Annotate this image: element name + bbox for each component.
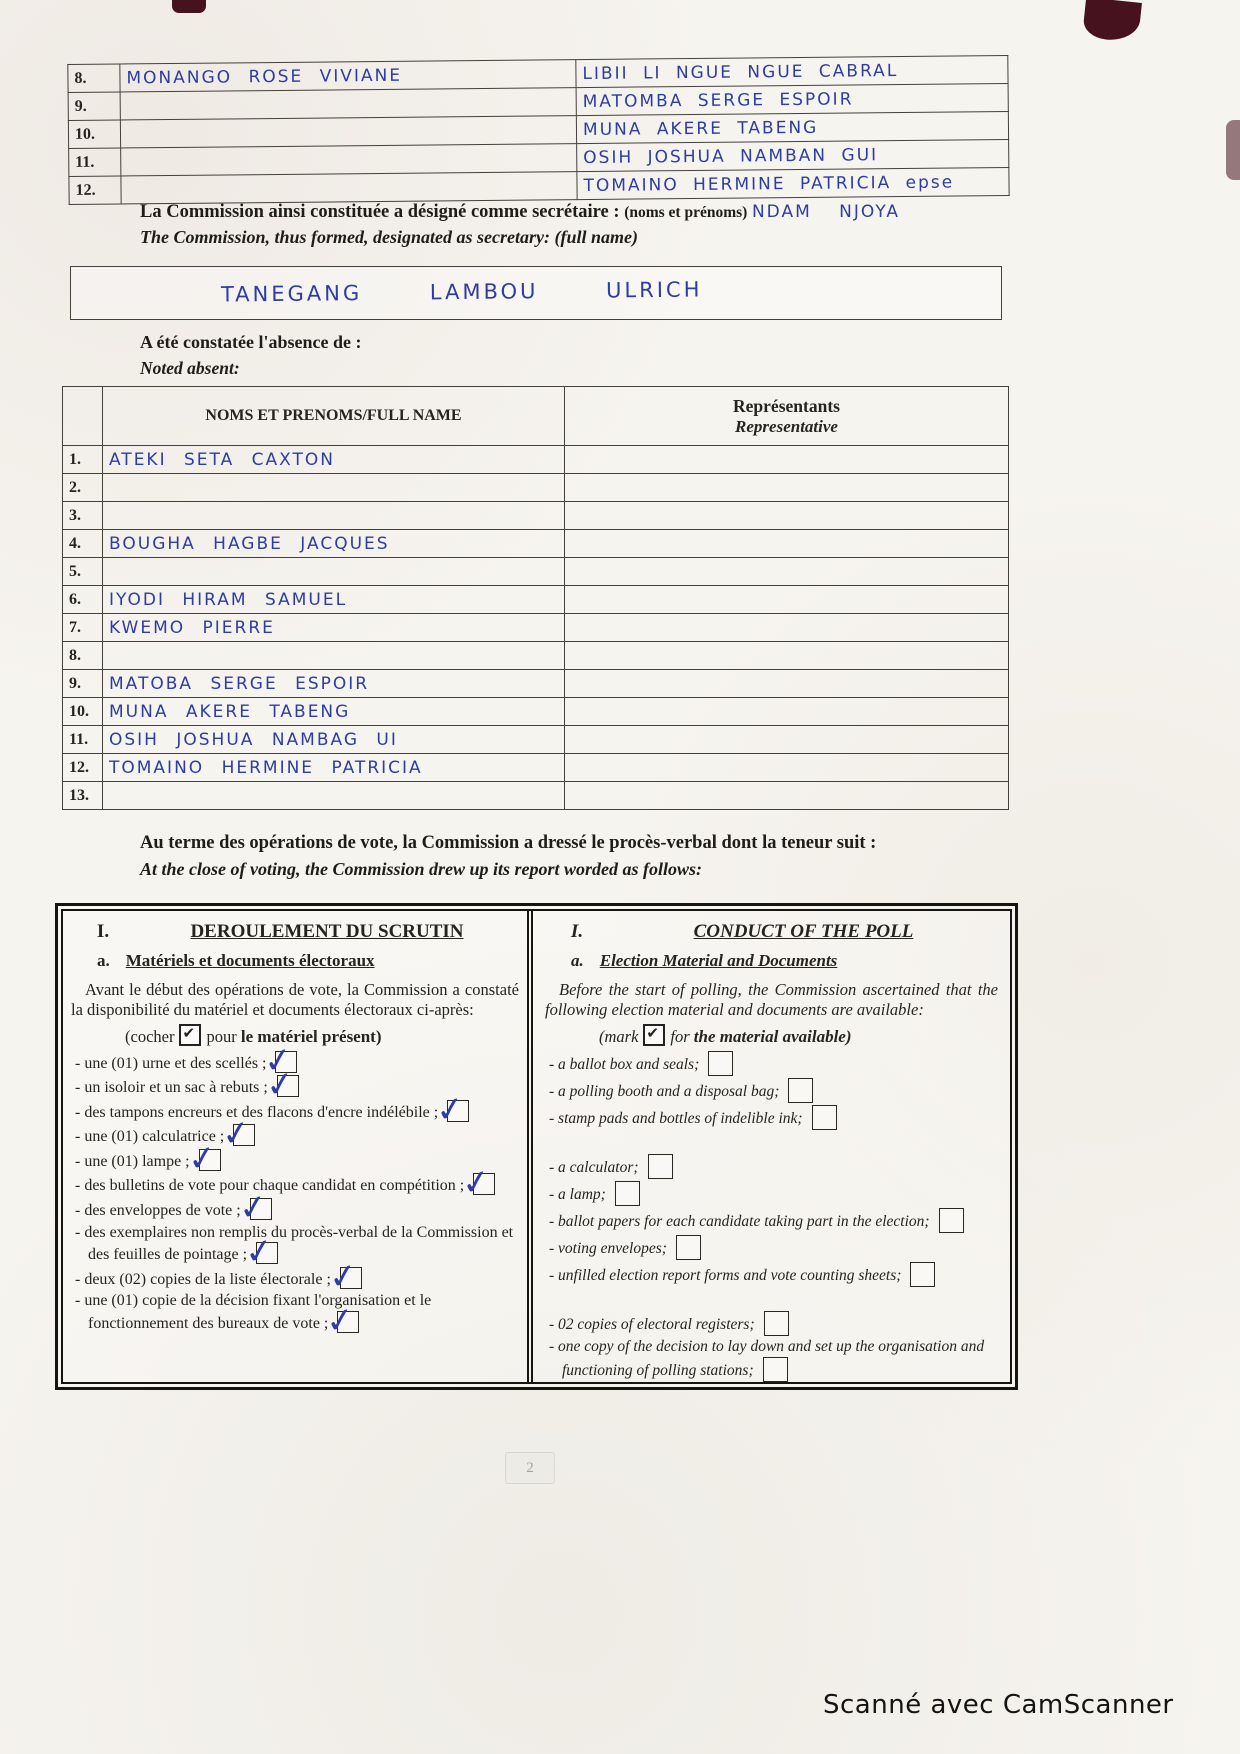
pen-check-icon <box>337 1311 359 1333</box>
table-row: 7.KWEMO PIERRE <box>63 614 1009 642</box>
pen-check-icon <box>233 1124 255 1146</box>
poll-fr-mark-mid: pour <box>206 1027 240 1046</box>
table-row: 5. <box>63 558 1009 586</box>
table-row: 8. <box>63 642 1009 670</box>
handwritten-name: IYODI HIRAM SAMUEL <box>109 590 347 610</box>
checklist-item: - des enveloppes de vote ; <box>75 1198 519 1221</box>
row-number-cell: 12. <box>63 754 103 782</box>
poll-en-mark-line: (markfor the material available) <box>599 1024 998 1047</box>
scan-edge-mark <box>1226 120 1240 180</box>
poll-en-mark-pre: (mark <box>599 1027 638 1046</box>
poll-en-title: CONDUCT OF THE POLL <box>609 921 998 943</box>
representative-cell <box>565 726 1009 754</box>
checklist-item: - a ballot box and seals; <box>549 1051 998 1076</box>
row-number-cell: 10. <box>68 120 120 148</box>
committee-members-table: 8.MONANGO ROSE VIVIANELIBII LI NGUE NGUE… <box>67 55 1009 205</box>
absent-members-table: NOMS ET PRENOMS/FULL NAME Représentants … <box>62 386 1009 810</box>
poll-fr-heading: I. DEROULEMENT DU SCRUTIN <box>71 921 519 943</box>
handwritten-name: MUNA AKERE TABENG <box>583 117 819 139</box>
poll-report-box-inner: I. DEROULEMENT DU SCRUTIN a.Matériels et… <box>61 909 1012 1384</box>
row-number-cell: 11. <box>69 148 121 176</box>
secretary-name-handwritten-inline: NDAM NJOYA <box>752 202 900 222</box>
absent-header-name: NOMS ET PRENOMS/FULL NAME <box>103 387 565 446</box>
pen-check-icon <box>277 1075 299 1097</box>
absent-name-cell: BOUGHA HAGBE JACQUES <box>103 530 565 558</box>
table-row: 12.TOMAINO HERMINE PATRICIA <box>63 754 1009 782</box>
representative-cell <box>565 670 1009 698</box>
empty-checkbox-icon <box>615 1181 640 1206</box>
row-number-cell: 1. <box>63 446 103 474</box>
pen-check-icon <box>340 1267 362 1289</box>
poll-column-fr: I. DEROULEMENT DU SCRUTIN a.Matériels et… <box>63 911 529 1382</box>
checklist-item: - une (01) copie de la décision fixant l… <box>75 1291 519 1333</box>
row-number-cell: 6. <box>63 586 103 614</box>
checklist-item: - one copy of the decision to lay down a… <box>549 1338 998 1382</box>
empty-checkbox-icon <box>648 1154 673 1179</box>
absent-name-cell: ATEKI SETA CAXTON <box>103 446 565 474</box>
checklist-item: - 02 copies of electoral registers; <box>549 1311 998 1336</box>
absent-name-cell: MATOBA SERGE ESPOIR <box>103 670 565 698</box>
table-row: 9.MATOBA SERGE ESPOIR <box>63 670 1009 698</box>
table-row: 10.MUNA AKERE TABENG <box>63 698 1009 726</box>
representative-name-cell: MATOMBA SERGE ESPOIR <box>576 83 1008 115</box>
table-row: 4.BOUGHA HAGBE JACQUES <box>63 530 1009 558</box>
checklist-item: - unfilled election report forms and vot… <box>549 1262 998 1287</box>
checklist-item: - des exemplaires non remplis du procès-… <box>75 1223 519 1265</box>
handwritten-name: ATEKI SETA CAXTON <box>109 450 335 470</box>
table-row: 11.OSIH JOSHUA NAMBAG UI <box>63 726 1009 754</box>
representative-cell <box>565 474 1009 502</box>
pen-check-icon <box>199 1149 221 1171</box>
row-number-cell: 11. <box>63 726 103 754</box>
checkbox-checked-icon <box>179 1024 201 1046</box>
poll-fr-intro: Avant le début des opérations de vote, l… <box>71 980 519 1021</box>
checklist-item: - une (01) urne et des scellés ; <box>75 1051 519 1074</box>
closing-line-en: At the close of voting, the Commission d… <box>140 859 1100 880</box>
representative-cell <box>565 698 1009 726</box>
poll-en-checklist: - a ballot box and seals;- a polling boo… <box>545 1051 998 1382</box>
poll-fr-title: DEROULEMENT DU SCRUTIN <box>135 921 519 943</box>
scanned-document-page: 8.MONANGO ROSE VIVIANELIBII LI NGUE NGUE… <box>0 0 1240 1754</box>
member-name-cell: MONANGO ROSE VIVIANE <box>120 60 576 92</box>
checkbox-checked-icon <box>643 1024 665 1046</box>
scan-edge-mark <box>1082 0 1142 43</box>
poll-en-mark-bold: the material available) <box>694 1027 852 1046</box>
poll-en-mark-mid: for <box>670 1027 693 1046</box>
representative-cell <box>565 446 1009 474</box>
poll-column-en: I. CONDUCT OF THE POLL a.Election Materi… <box>531 911 1010 1382</box>
absent-table-header-row: NOMS ET PRENOMS/FULL NAME Représentants … <box>63 387 1009 446</box>
handwritten-name: TOMAINO HERMINE PATRICIA epse <box>583 172 954 196</box>
secretary-line-fr: La Commission ainsi constituée a désigné… <box>140 202 1150 223</box>
poll-fr-mark-pre: (cocher <box>125 1027 174 1046</box>
checklist-item: - stamp pads and bottles of indelible in… <box>549 1105 998 1130</box>
row-number-cell: 3. <box>63 502 103 530</box>
absent-header-num-cell <box>63 387 103 446</box>
representative-cell <box>565 530 1009 558</box>
empty-checkbox-icon <box>910 1262 935 1287</box>
row-number-cell: 7. <box>63 614 103 642</box>
absent-name-cell: KWEMO PIERRE <box>103 614 565 642</box>
row-number-cell: 2. <box>63 474 103 502</box>
poll-en-subheading: a.Election Material and Documents <box>571 951 998 971</box>
poll-fr-subheading: a.Matériels et documents électoraux <box>97 951 519 971</box>
representative-cell <box>565 614 1009 642</box>
absent-name-cell: IYODI HIRAM SAMUEL <box>103 586 565 614</box>
absent-header-rep: Représentants Representative <box>565 387 1009 446</box>
checklist-item: - a polling booth and a disposal bag; <box>549 1078 998 1103</box>
pen-check-icon <box>256 1242 278 1264</box>
member-name-cell <box>120 88 576 120</box>
representative-name-cell: TOMAINO HERMINE PATRICIA epse <box>577 167 1009 199</box>
absent-name-cell <box>103 474 565 502</box>
checklist-item: - voting envelopes; <box>549 1235 998 1260</box>
poll-fr-numeral: I. <box>71 921 135 943</box>
row-number-cell: 13. <box>63 782 103 810</box>
checklist-item: - deux (02) copies de la liste électoral… <box>75 1267 519 1290</box>
empty-checkbox-icon <box>763 1357 788 1382</box>
absent-label-en: Noted absent: <box>140 358 240 379</box>
checklist-item: - a calculator; <box>549 1154 998 1179</box>
secretary-line-fr-paren: (noms et prénoms) <box>624 204 747 221</box>
row-number-cell: 8. <box>63 642 103 670</box>
row-number-cell: 12. <box>69 176 121 204</box>
representative-cell <box>565 642 1009 670</box>
secretary-line-en: The Commission, thus formed, designated … <box>140 227 1150 248</box>
representative-cell <box>565 754 1009 782</box>
member-name-cell <box>120 116 576 148</box>
representative-name-cell: LIBII LI NGUE NGUE CABRAL <box>576 55 1008 87</box>
empty-checkbox-icon <box>939 1208 964 1233</box>
handwritten-name: LIBII LI NGUE NGUE CABRAL <box>582 61 898 84</box>
handwritten-name: MATOMBA SERGE ESPOIR <box>583 89 854 112</box>
row-number-cell: 9. <box>68 92 120 120</box>
poll-en-subtitle: Election Material and Documents <box>600 951 838 970</box>
pen-check-icon <box>473 1173 495 1195</box>
empty-checkbox-icon <box>708 1051 733 1076</box>
checklist-item: - des bulletins de vote pour chaque cand… <box>75 1173 519 1196</box>
scan-edge-mark <box>172 0 206 13</box>
absent-name-cell <box>103 502 565 530</box>
table-row: 3. <box>63 502 1009 530</box>
absent-name-cell <box>103 642 565 670</box>
pen-check-icon <box>250 1198 272 1220</box>
poll-fr-mark-line: (cocherpour le matériel présent) <box>125 1024 519 1047</box>
page-number-box: 2 <box>505 1452 555 1484</box>
row-number-cell: 9. <box>63 670 103 698</box>
absent-name-cell <box>103 782 565 810</box>
member-name-cell <box>121 144 577 176</box>
absent-table-body: 1.ATEKI SETA CAXTON2.3.4.BOUGHA HAGBE JA… <box>63 446 1009 810</box>
poll-en-sub-letter: a. <box>571 951 584 970</box>
row-number-cell: 4. <box>63 530 103 558</box>
absent-name-cell <box>103 558 565 586</box>
committee-table-body: 8.MONANGO ROSE VIVIANELIBII LI NGUE NGUE… <box>68 55 1009 204</box>
secretary-name-box: TANEGANG LAMBOU ULRICH <box>70 266 1002 320</box>
absent-name-cell: TOMAINO HERMINE PATRICIA <box>103 754 565 782</box>
handwritten-name: BOUGHA HAGBE JACQUES <box>109 534 390 554</box>
empty-checkbox-icon <box>812 1105 837 1130</box>
checklist-item: - ballot papers for each candidate takin… <box>549 1208 998 1233</box>
handwritten-name: MONANGO ROSE VIVIANE <box>126 65 402 88</box>
absent-header-rep-en: Representative <box>571 417 1002 437</box>
poll-en-intro: Before the start of polling, the Commiss… <box>545 980 998 1021</box>
representative-name-cell: MUNA AKERE TABENG <box>576 111 1008 143</box>
representative-cell <box>565 782 1009 810</box>
table-row: 6.IYODI HIRAM SAMUEL <box>63 586 1009 614</box>
table-row: 1.ATEKI SETA CAXTON <box>63 446 1009 474</box>
handwritten-name: MUNA AKERE TABENG <box>109 702 350 722</box>
poll-fr-sub-letter: a. <box>97 951 110 970</box>
empty-checkbox-icon <box>676 1235 701 1260</box>
closing-paragraph: Au terme des opérations de vote, la Comm… <box>140 833 1100 880</box>
absent-header-rep-fr: Représentants <box>571 396 1002 417</box>
table-row: 2. <box>63 474 1009 502</box>
poll-fr-subtitle: Matériels et documents électoraux <box>126 951 375 970</box>
row-number-cell: 8. <box>68 64 120 92</box>
secretary-name-box-value: TANEGANG LAMBOU ULRICH <box>221 277 703 306</box>
poll-en-heading: I. CONDUCT OF THE POLL <box>545 921 998 943</box>
table-row: 13. <box>63 782 1009 810</box>
row-number-cell: 5. <box>63 558 103 586</box>
secretary-paragraph: La Commission ainsi constituée a désigné… <box>140 202 1150 248</box>
poll-fr-checklist: - une (01) urne et des scellés ;- un iso… <box>71 1051 519 1333</box>
camscanner-watermark: Scanné avec CamScanner <box>823 1690 1174 1720</box>
secretary-line-fr-text: La Commission ainsi constituée a désigné… <box>140 202 624 222</box>
poll-en-numeral: I. <box>545 921 609 943</box>
absent-name-cell: MUNA AKERE TABENG <box>103 698 565 726</box>
handwritten-name: KWEMO PIERRE <box>109 618 275 638</box>
poll-report-box: I. DEROULEMENT DU SCRUTIN a.Matériels et… <box>55 903 1018 1390</box>
handwritten-name: TOMAINO HERMINE PATRICIA <box>109 758 423 778</box>
representative-name-cell: OSIH JOSHUA NAMBAN GUI <box>577 139 1009 171</box>
absent-label-fr: A été constatée l'absence de : <box>140 332 361 353</box>
handwritten-name: OSIH JOSHUA NAMBAG UI <box>109 730 398 750</box>
checklist-item: - a lamp; <box>549 1181 998 1206</box>
closing-line-fr: Au terme des opérations de vote, la Comm… <box>140 833 1100 854</box>
checklist-item: - une (01) lampe ; <box>75 1149 519 1172</box>
handwritten-name: MATOBA SERGE ESPOIR <box>109 674 369 694</box>
representative-cell <box>565 586 1009 614</box>
pen-check-icon <box>447 1100 469 1122</box>
empty-checkbox-icon <box>764 1311 789 1336</box>
absent-name-cell: OSIH JOSHUA NAMBAG UI <box>103 726 565 754</box>
representative-cell <box>565 502 1009 530</box>
member-name-cell <box>121 172 577 204</box>
row-number-cell: 10. <box>63 698 103 726</box>
handwritten-name: OSIH JOSHUA NAMBAN GUI <box>583 145 878 168</box>
empty-checkbox-icon <box>788 1078 813 1103</box>
representative-cell <box>565 558 1009 586</box>
